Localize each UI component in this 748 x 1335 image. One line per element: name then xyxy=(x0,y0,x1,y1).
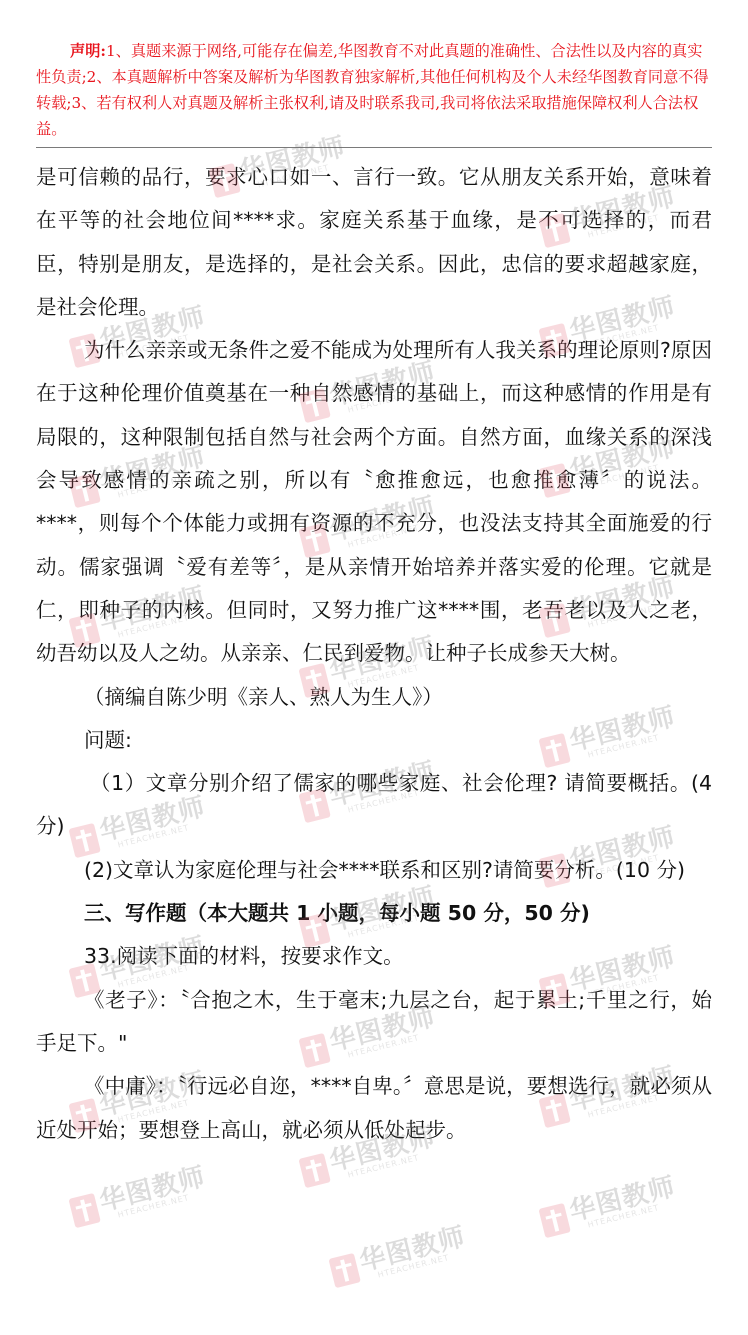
disclaimer: 声明:1、真题来源于网络,可能存在偏差,华图教育不对此真题的准确性、合法性以及内… xyxy=(36,38,710,142)
questions-heading: 问题: xyxy=(36,719,712,762)
watermark-text: 华图教师 xyxy=(567,1174,678,1225)
watermark: 华图教师HTEACHER.NET xyxy=(538,1174,680,1240)
watermark-logo-icon xyxy=(538,1203,570,1238)
watermark-logo-icon xyxy=(298,1153,330,1188)
question-1: （1）文章分别介绍了儒家的哪些家庭、社会伦理? 请简要概括。(4 分) xyxy=(36,762,712,849)
header-divider xyxy=(36,147,712,148)
writing-section-title: 三、写作题（本大题共 1 小题，每小题 50 分，50 分) xyxy=(36,892,712,935)
disclaimer-text: 1、真题来源于网络,可能存在偏差,华图教育不对此真题的准确性、合法性以及内容的真… xyxy=(36,42,709,138)
watermark: 华图教师HTEACHER.NET xyxy=(328,1224,470,1290)
writing-question-33: 33.阅读下面的材料，按要求作文。 xyxy=(36,935,712,978)
passage-paragraph-2: 为什么亲亲或无条件之爱不能成为处理所有人我关系的理论原则?原因在于这种伦理价值奠… xyxy=(36,329,712,675)
watermark-text: 华图教师 xyxy=(357,1224,468,1275)
disclaimer-label: 声明: xyxy=(70,42,106,60)
watermark-subtext: HTEACHER.NET xyxy=(347,1149,440,1180)
watermark-logo-icon xyxy=(68,1193,100,1228)
watermark-subtext: HTEACHER.NET xyxy=(117,1189,210,1220)
watermark-subtext: HTEACHER.NET xyxy=(587,1199,680,1230)
watermark-text: 华图教师 xyxy=(97,1164,208,1215)
passage-paragraph-1: 是可信赖的品行，要求心口如一、言行一致。它从朋友关系开始，意味着在平等的社会地位… xyxy=(36,156,712,329)
laozi-quote: 《老子》：〝合抱之木，生于毫末;九层之台，起于累土;千里之行，始手足下。" xyxy=(36,979,712,1066)
watermark: 华图教师HTEACHER.NET xyxy=(68,1164,210,1230)
zhongyong-quote: 《中庸》：〝行远必自迩，****自卑。〞意思是说，要想选行，就必须从近处开始；要… xyxy=(36,1065,712,1152)
question-2: (2)文章认为家庭伦理与社会****联系和区别?请简要分析。(10 分) xyxy=(36,849,712,892)
watermark-logo-icon xyxy=(328,1253,360,1288)
document-body: 是可信赖的品行，要求心口如一、言行一致。它从朋友关系开始，意味着在平等的社会地位… xyxy=(36,156,712,1152)
passage-source: （摘编自陈少明《亲人、熟人为生人》） xyxy=(36,676,712,719)
watermark-subtext: HTEACHER.NET xyxy=(377,1249,470,1280)
